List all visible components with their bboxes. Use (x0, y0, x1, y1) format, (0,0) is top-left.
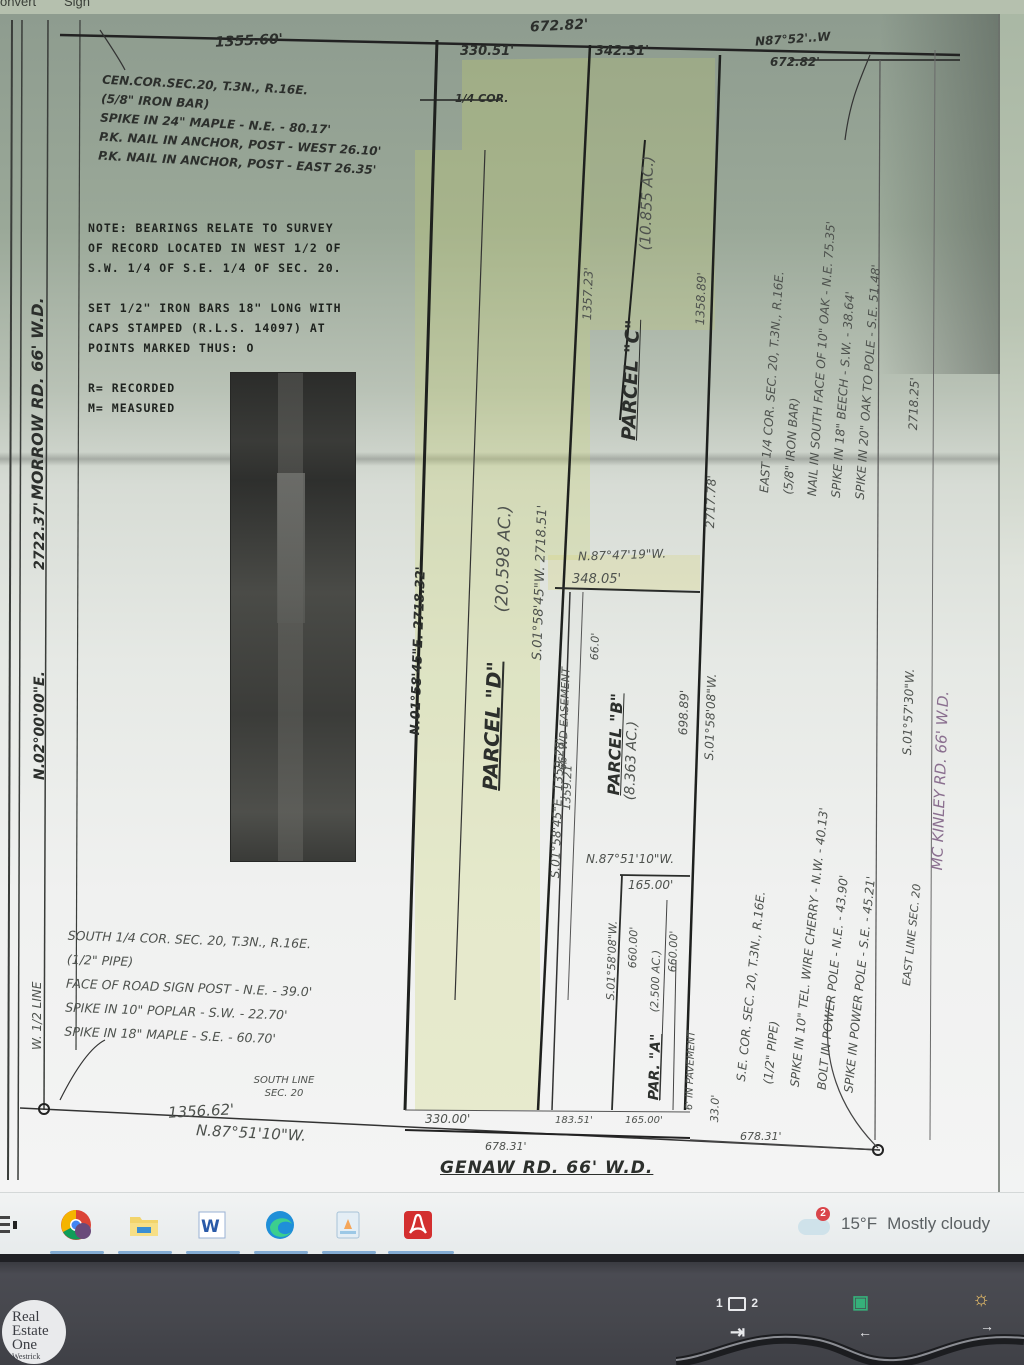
brightness-icon[interactable]: ☼ (972, 1288, 990, 1311)
windows-taskbar: W 2 15°F Mostly cloudy (0, 1192, 1024, 1254)
monitor-screen: onvert Sign (0, 0, 1024, 1262)
file-explorer-icon[interactable] (128, 1209, 160, 1241)
south-road-label: GENAW RD. 66' W.D. (440, 1158, 653, 1178)
paint-icon[interactable] (332, 1209, 364, 1241)
road-stub: 33.0' (708, 1094, 722, 1122)
south-quarter-note: SOUTH 1/4 COR. SEC. 20, T.3N., R.16E. (1… (64, 924, 314, 1053)
edge-icon[interactable] (264, 1209, 296, 1241)
parcel-a-top-distance: 165.00' (628, 878, 673, 892)
aerial-photo-block (230, 372, 356, 862)
weather-condition: Mostly cloudy (887, 1214, 990, 1234)
parcel-c-name: PARCEL "C" (618, 319, 644, 441)
task-view-icon[interactable] (0, 1213, 18, 1237)
monitor-button-strip (676, 1328, 1024, 1365)
parcel-d-top-distance: 330.51' (460, 44, 514, 59)
west-half-line-label: W. 1/2 LINE (30, 982, 44, 1050)
auto-adjust-icon[interactable]: ▣ (852, 1292, 869, 1313)
parcel-b-bottom: 183.51' (555, 1115, 593, 1126)
top-east-distance: 672.82' (770, 55, 820, 69)
input-swap-icon (728, 1297, 746, 1311)
parcel-a-name: PAR. "A" (646, 1034, 664, 1101)
chrome-icon[interactable] (60, 1209, 92, 1241)
cloud-icon: 2 (798, 1211, 832, 1237)
input-select-button[interactable]: 1 2 (716, 1296, 758, 1311)
parcel-d-area: (20.598 AC.) (492, 505, 516, 613)
svg-text:W: W (201, 1217, 220, 1237)
parcel-c-east-dim: 1358.89' (693, 272, 709, 325)
bezel-edge (0, 1254, 1024, 1262)
parcel-a-bottom: 165.00' (625, 1115, 663, 1126)
south-east-distance: 678.31' (740, 1130, 782, 1143)
south-line-label: SOUTH LINE SEC. 20 (244, 1074, 324, 1100)
west-line-bearing: N.02°00'00"E. (32, 671, 48, 780)
parcel-d-bottom: 330.00' (425, 1112, 470, 1126)
parcel-b-area: (8.363 AC.) (622, 721, 641, 801)
real-estate-one-logo: Real Estate One Westrick (2, 1300, 66, 1364)
bearings-note: NOTE: BEARINGS RELATE TO SURVEY OF RECOR… (88, 218, 342, 358)
adobe-acrobat-icon[interactable] (402, 1209, 434, 1241)
parcel-c-top-distance: 342.31' (595, 44, 649, 59)
legend: R= RECORDED M= MEASURED (88, 378, 175, 418)
parcel-a-east-dim: 660.00' (666, 931, 680, 973)
parcel-c-west-dim: 1357.23' (580, 267, 596, 320)
east-quarter-note: EAST 1/4 COR. SEC. 20, T.3N., R.16E. (5/… (752, 217, 891, 500)
word-icon[interactable]: W (196, 1209, 228, 1241)
parcels-total-south: 678.31' (485, 1140, 527, 1153)
center-corner-marker: 1/4 COR. (455, 92, 508, 105)
parcel-d-name: PARCEL "D" (478, 661, 506, 791)
weather-temperature: 15°F (841, 1214, 877, 1234)
center-corner-note: CEN.COR.SEC.20, T.3N., R.16E. (5/8" IRON… (98, 71, 385, 181)
parcel-a-west-dim: 660.00' (626, 927, 640, 969)
west-line-distance: 2722.37' (32, 502, 48, 570)
weather-widget[interactable]: 2 15°F Mostly cloudy (798, 1209, 990, 1239)
survey-linework (0, 0, 1024, 1262)
parcel-c-area: (10.855 AC.) (636, 156, 657, 251)
south-west-distance: 1356.62' (168, 1100, 235, 1121)
parcel-b-top-distance: 348.05' (572, 572, 621, 587)
parcel-c-east-line: 2717.78' (703, 475, 719, 528)
parcel-a-top-bearing: N.87°51'10"W. (586, 852, 674, 866)
top-east-total: 672.82' (530, 16, 589, 35)
parcel-a-west-line: S.01°58'08"W. (604, 921, 620, 1001)
west-road-label: MORROW RD. 66' W.D. (28, 297, 47, 500)
east-line-distance: 2718.25' (906, 377, 922, 430)
notification-badge: 2 (816, 1207, 830, 1221)
parcel-b-east-dim: 698.89' (676, 690, 692, 736)
easement-width: 66.0' (588, 632, 602, 660)
parcel-a-area: (2.500 AC.) (648, 950, 663, 1013)
